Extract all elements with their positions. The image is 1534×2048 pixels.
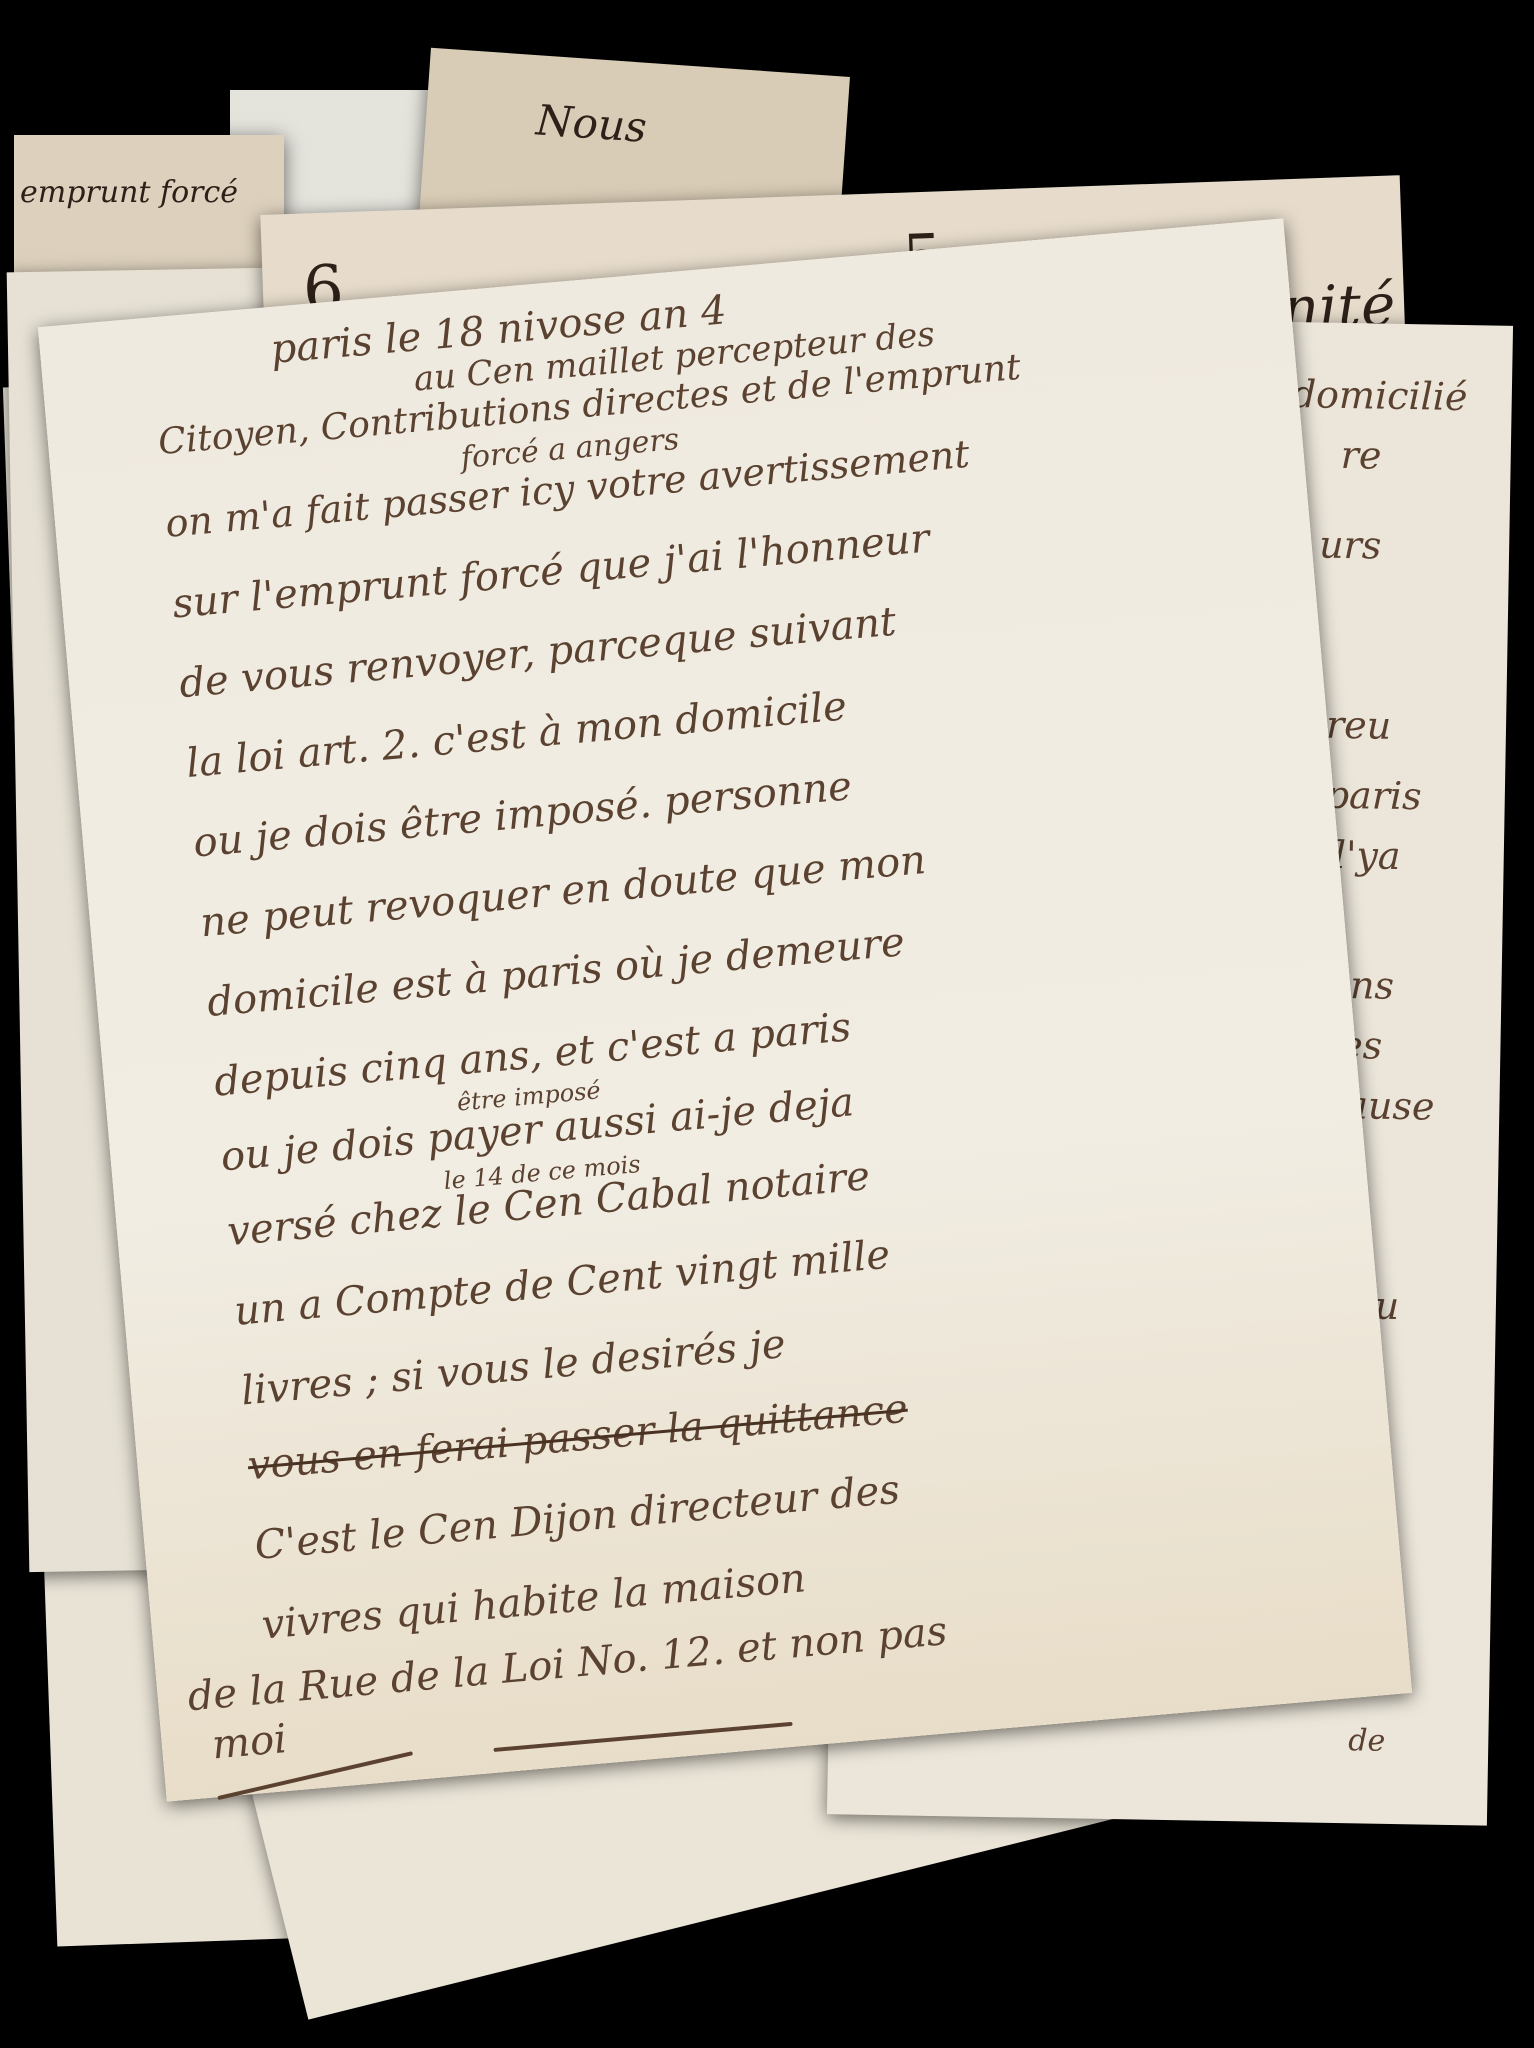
fragment-emprunt-force: emprunt forcé [20,175,238,210]
letter-line-partially-struck: livres ; si vous le desirés je [239,1321,787,1414]
right-fragment: de [1348,1723,1386,1759]
fragment-nous: Nous [534,95,648,152]
right-fragment: urs [1319,523,1382,568]
letter-line: un a Compte de Cent vingt mille [232,1232,891,1335]
right-fragment: domicilié [1291,372,1467,419]
letter-line: C'est le Cen Dijon directeur des [253,1467,902,1569]
right-fragment: re [1340,433,1381,478]
main-letter-sheet: paris le 18 nivose an 4 au Cen maillet p… [38,218,1412,1801]
right-fragment: paris [1324,773,1422,819]
underline-right [493,1722,792,1752]
letter-line-moi: moi [210,1716,289,1768]
right-fragment: reu [1326,703,1392,748]
right-fragment: l'ya [1333,833,1400,878]
